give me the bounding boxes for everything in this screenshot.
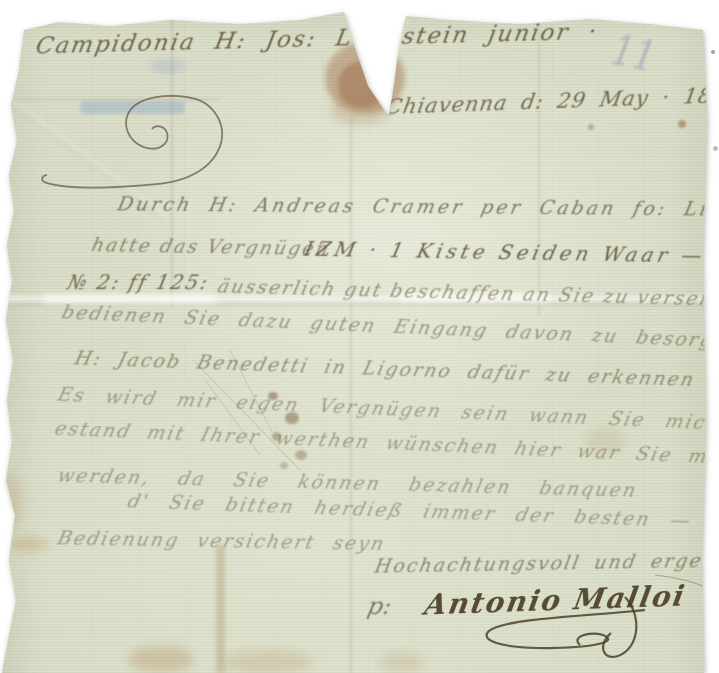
pencil-mark-11: 11	[607, 25, 660, 83]
scanner-speck-2	[713, 146, 718, 151]
fold-stain-vertical-bottom	[216, 545, 225, 673]
stain-left-edge-1	[8, 536, 48, 552]
body-line-2: IZM · 1 Kiste Seiden Waar —	[302, 237, 708, 268]
blue-stamp-smudge	[80, 101, 185, 114]
stain-bottom-3	[380, 652, 424, 672]
stain-bottom-2	[222, 650, 314, 673]
fold-crease-vertical-right	[538, 16, 540, 316]
paper-shadow: 11	[0, 0, 719, 673]
body-line-0: Durch H: Andreas Cramer per Caban fo: Li…	[116, 193, 719, 221]
letter-scan: 11	[0, 0, 719, 673]
body-line-5: bedienen Sie dazu guten Eingang davon zu…	[60, 301, 719, 352]
letter-paper: 11	[0, 0, 719, 673]
signature-prefix: p:	[365, 592, 394, 620]
ink-blot-4	[295, 450, 307, 460]
blue-smudge-small	[150, 58, 185, 74]
addressee-line: Campidonia H: Jos: Lennstein junior ·	[34, 19, 601, 60]
ink-blot-5	[280, 462, 288, 469]
closing-line: Hochachtungsvoll und ergebenst	[373, 549, 719, 578]
body-line-11: Bedienung versichert seyn	[55, 527, 387, 555]
body-line-6: H: Jacob Benedetti in Ligorno dafür zu e…	[72, 347, 697, 390]
stain-top-left-corner	[20, 14, 56, 26]
stain-left-edge-2	[0, 475, 22, 530]
body-line-3: № 2: ff 125:	[65, 270, 211, 294]
rust-speck-2	[588, 124, 594, 130]
body-line-1: hatte das Vergnügen	[89, 234, 332, 260]
scanner-speck-1	[711, 50, 715, 54]
stain-bottom-1	[128, 646, 194, 672]
signature-name: Antonio Malloi	[422, 579, 689, 621]
seal-stain-halo	[330, 95, 390, 125]
dateline: Chiavenna d: 29 May · 1806 —	[384, 81, 719, 119]
rust-speck-1	[678, 120, 686, 128]
